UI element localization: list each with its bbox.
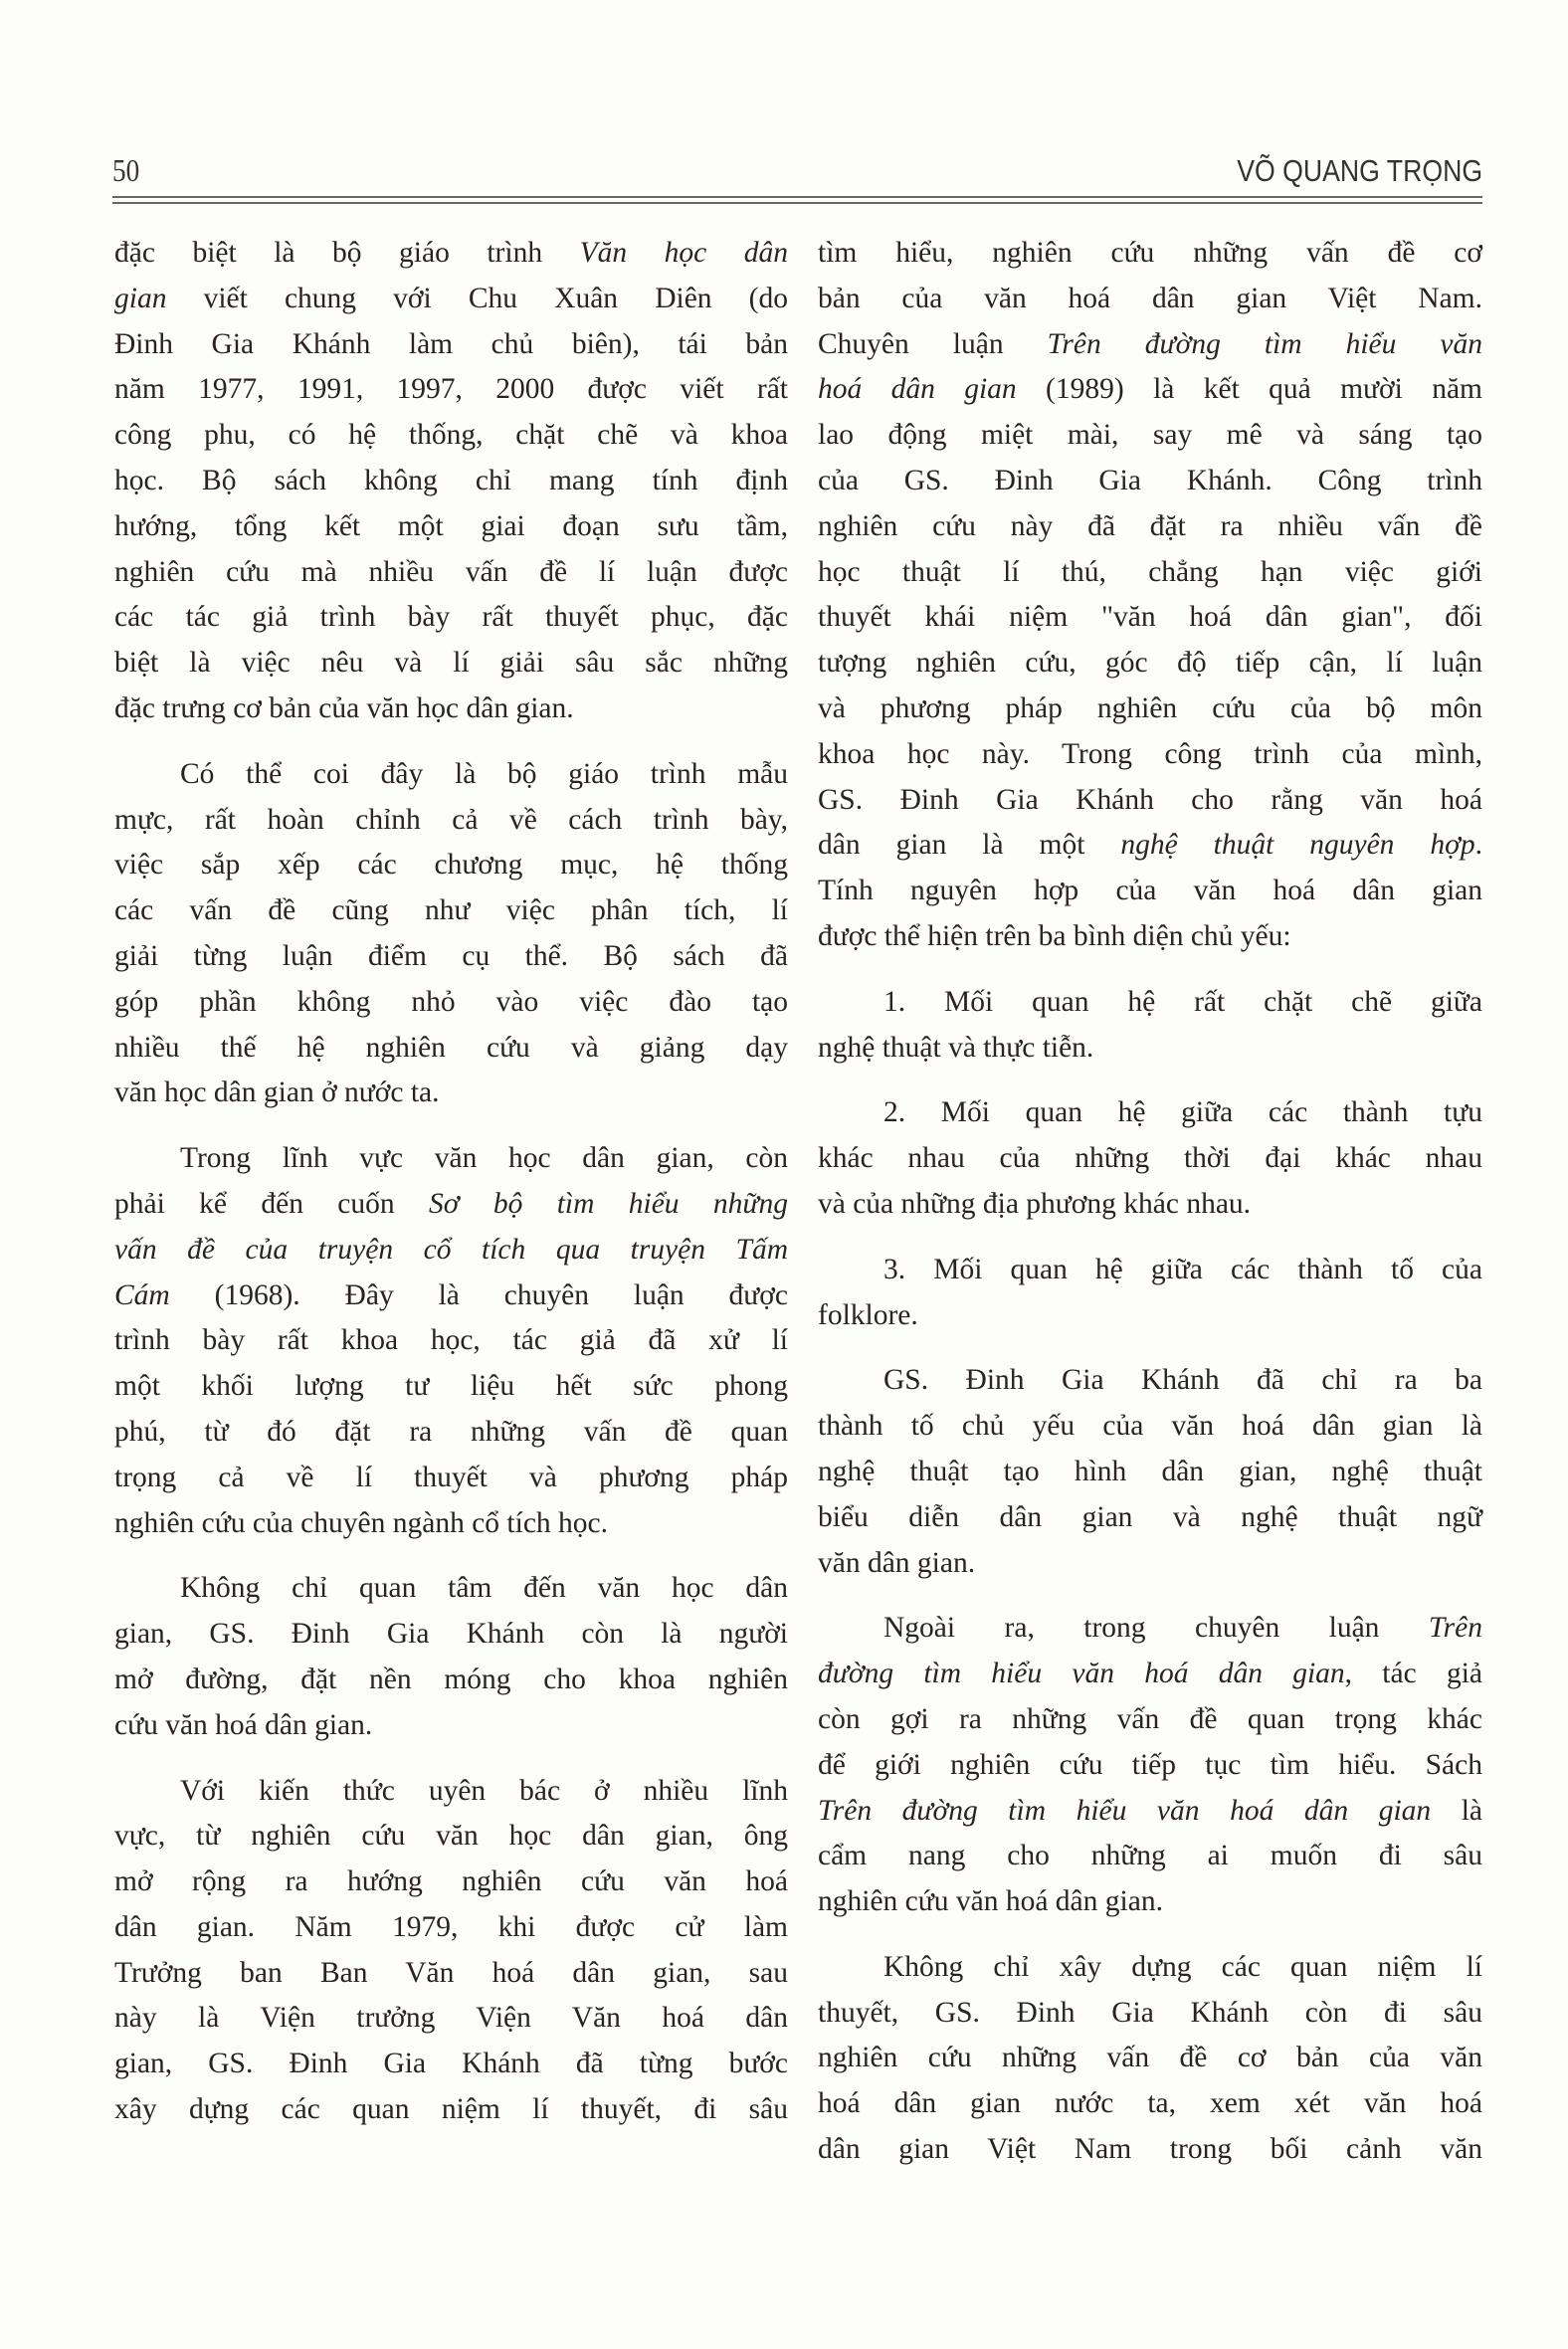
text-line: hoá dân gian nước ta, xem xét văn hoá <box>818 2081 1482 2127</box>
text-run: văn dân gian. <box>818 1547 975 1579</box>
text-line: GS. Đinh Gia Khánh đã chỉ ra ba <box>818 1358 1482 1404</box>
text-line: và phương pháp nghiên cứu của bộ môn <box>818 686 1482 732</box>
italic-title: Trên đường tìm hiểu văn <box>1048 328 1482 360</box>
text-line: để giới nghiên cứu tiếp tục tìm hiểu. Sá… <box>818 1743 1482 1789</box>
text-line: này là Viện trưởng Viện Văn hoá dân <box>114 1996 788 2042</box>
text-line: Ngoài ra, trong chuyên luận Trên <box>818 1606 1482 1652</box>
text-line: việc sắp xếp các chương mục, hệ thống <box>114 843 788 888</box>
text-run: và phương pháp nghiên cứu của bộ môn <box>818 692 1482 724</box>
text-run: tìm hiểu, nghiên cứu những vấn đề cơ <box>818 237 1482 269</box>
text-run: viết chung với Chu Xuân Diên (do <box>166 283 788 314</box>
text-run: Trong lĩnh vực văn học dân gian, còn <box>180 1142 788 1174</box>
text-line: mực, rất hoàn chỉnh cả về cách trình bày… <box>114 798 788 844</box>
text-line: dân gian. Năm 1979, khi được cử làm <box>114 1905 788 1951</box>
text-line: thuyết, GS. Đinh Gia Khánh còn đi sâu <box>818 1991 1482 2037</box>
text-run: và của những địa phương khác nhau. <box>818 1188 1251 1220</box>
text-line: dân gian là một nghệ thuật nguyên hợp. <box>818 823 1482 869</box>
text-run: công phu, có hệ thống, chặt chẽ và khoa <box>114 419 788 451</box>
text-run: mực, rất hoàn chỉnh cả về cách trình bày… <box>114 804 788 836</box>
text-run: GS. Đinh Gia Khánh cho rằng văn hoá <box>818 784 1482 816</box>
text-line: trình bày rất khoa học, tác giả đã xử lí <box>114 1318 788 1364</box>
text-run: các tác giả trình bày rất thuyết phục, đ… <box>114 601 788 633</box>
text-line: Trưởng ban Ban Văn hoá dân gian, sau <box>114 1951 788 1997</box>
text-line: dân gian Việt Nam trong bối cảnh văn <box>818 2127 1482 2173</box>
text-column-right: tìm hiểu, nghiên cứu những vấn đề cơbản … <box>818 231 1482 2193</box>
text-run: Không chỉ quan tâm đến văn học dân <box>180 1572 788 1604</box>
text-run: góp phần không nhỏ vào việc đào tạo <box>114 986 788 1018</box>
text-line: thuyết khái niệm "văn hoá dân gian", đối <box>818 595 1482 641</box>
text-line: văn học dân gian ở nước ta. <box>114 1071 788 1116</box>
text-run: folklore. <box>818 1299 918 1331</box>
text-line: biểu diễn dân gian và nghệ thuật ngữ <box>818 1495 1482 1541</box>
text-line: lao động miệt mài, say mê và sáng tạo <box>818 413 1482 459</box>
text-line: và của những địa phương khác nhau. <box>818 1182 1482 1228</box>
text-run: phải kể đến cuốn <box>114 1188 429 1220</box>
paragraph: Có thể coi đây là bộ giáo trình mẫumực, … <box>114 752 788 1116</box>
text-line: gian, GS. Đinh Gia Khánh còn là người <box>114 1612 788 1658</box>
text-run: của GS. Đinh Gia Khánh. Công trình <box>818 465 1482 496</box>
italic-title: nghệ thuật nguyên hợp <box>1120 829 1474 861</box>
paragraph: Không chỉ quan tâm đến văn học dângian, … <box>114 1566 788 1748</box>
text-line: nghiên cứu văn hoá dân gian. <box>818 1879 1482 1925</box>
text-run: trình bày rất khoa học, tác giả đã xử lí <box>114 1324 788 1356</box>
text-run: vực, từ nghiên cứu văn học dân gian, ông <box>114 1820 788 1852</box>
text-run: , tác giả <box>1345 1658 1482 1689</box>
text-run: năm 1977, 1991, 1997, 2000 được viết rất <box>114 373 788 405</box>
text-run: phú, từ đó đặt ra những vấn đề quan <box>114 1416 788 1448</box>
page-number: 50 <box>112 152 139 189</box>
italic-title: Cám <box>114 1279 170 1311</box>
text-line: 3. Mối quan hệ giữa các thành tố của <box>818 1248 1482 1293</box>
text-line: mở đường, đặt nền móng cho khoa nghiên <box>114 1658 788 1703</box>
text-line: Tính nguyên hợp của văn hoá dân gian <box>818 869 1482 914</box>
text-run: thuyết, GS. Đinh Gia Khánh còn đi sâu <box>818 1997 1482 2029</box>
text-line: nghiên cứu mà nhiều vấn đề lí luận được <box>114 550 788 596</box>
text-run: GS. Đinh Gia Khánh đã chỉ ra ba <box>883 1364 1482 1396</box>
text-run: nghiên cứu những vấn đề cơ bản của văn <box>818 2042 1482 2073</box>
italic-title: vấn đề của truyện cổ tích qua truyện Tấm <box>114 1234 788 1266</box>
text-run: Đinh Gia Khánh làm chủ biên), tái bản <box>114 328 788 360</box>
paragraph: Không chỉ xây dựng các quan niệm líthuyế… <box>818 1945 1482 2173</box>
text-run: Tính nguyên hợp của văn hoá dân gian <box>818 875 1482 906</box>
text-line: các vấn đề cũng như việc phân tích, lí <box>114 888 788 934</box>
text-run: các vấn đề cũng như việc phân tích, lí <box>114 894 788 926</box>
text-line: Đinh Gia Khánh làm chủ biên), tái bản <box>114 322 788 368</box>
text-run: này là Viện trưởng Viện Văn hoá dân <box>114 2002 788 2034</box>
text-line: nghệ thuật và thực tiễn. <box>818 1026 1482 1072</box>
text-run: nhiều thế hệ nghiên cứu và giảng dạy <box>114 1032 788 1064</box>
text-run: mở rộng ra hướng nghiên cứu văn hoá <box>114 1865 788 1897</box>
page-header: 50 VÕ QUANG TRỌNG <box>112 149 1482 189</box>
text-run: 2. Mối quan hệ giữa các thành tựu <box>883 1096 1482 1128</box>
text-line: công phu, có hệ thống, chặt chẽ và khoa <box>114 413 788 459</box>
text-line: văn dân gian. <box>818 1541 1482 1587</box>
text-line: Không chỉ quan tâm đến văn học dân <box>114 1566 788 1612</box>
text-run: biệt là việc nêu và lí giải sâu sắc nhữn… <box>114 647 788 679</box>
text-line: GS. Đinh Gia Khánh cho rằng văn hoá <box>818 778 1482 824</box>
text-line: phú, từ đó đặt ra những vấn đề quan <box>114 1410 788 1456</box>
text-run: biểu diễn dân gian và nghệ thuật ngữ <box>818 1501 1482 1533</box>
text-run: dân gian. Năm 1979, khi được cử làm <box>114 1911 788 1943</box>
paragraph: tìm hiểu, nghiên cứu những vấn đề cơbản … <box>818 231 1482 960</box>
text-line: đường tìm hiểu văn hoá dân gian, tác giả <box>818 1652 1482 1697</box>
text-run: 1. Mối quan hệ rất chặt chẽ giữa <box>883 986 1482 1018</box>
text-run: Không chỉ xây dựng các quan niệm lí <box>883 1951 1482 1983</box>
text-run: hoá dân gian nước ta, xem xét văn hoá <box>818 2087 1482 2119</box>
text-line: Có thể coi đây là bộ giáo trình mẫu <box>114 752 788 798</box>
text-run: nghiên cứu này đã đặt ra nhiều vấn đề <box>818 510 1482 542</box>
text-line: 2. Mối quan hệ giữa các thành tựu <box>818 1090 1482 1136</box>
text-line: nghệ thuật tạo hình dân gian, nghệ thuật <box>818 1450 1482 1495</box>
text-run: (1968). Đây là chuyên luận được <box>170 1279 788 1311</box>
text-line: bản của văn hoá dân gian Việt Nam. <box>818 277 1482 322</box>
text-run: khác nhau của những thời đại khác nhau <box>818 1142 1482 1174</box>
text-line: xây dựng các quan niệm lí thuyết, đi sâu <box>114 2087 788 2133</box>
paragraph: Ngoài ra, trong chuyên luận Trênđường tì… <box>818 1606 1482 1925</box>
text-run: lao động miệt mài, say mê và sáng tạo <box>818 419 1482 451</box>
text-line: Với kiến thức uyên bác ở nhiều lĩnh <box>114 1769 788 1815</box>
text-line: mở rộng ra hướng nghiên cứu văn hoá <box>114 1860 788 1905</box>
text-run: Chuyên luận <box>818 328 1048 360</box>
text-run: trọng cả về lí thuyết và phương pháp <box>114 1462 788 1493</box>
text-line: nghiên cứu những vấn đề cơ bản của văn <box>818 2036 1482 2081</box>
text-run: Trưởng ban Ban Văn hoá dân gian, sau <box>114 1957 788 1989</box>
text-run: cứu văn hoá dân gian. <box>114 1709 372 1741</box>
paragraph: 1. Mối quan hệ rất chặt chẽ giữanghệ thu… <box>818 980 1482 1072</box>
text-run: việc sắp xếp các chương mục, hệ thống <box>114 849 788 881</box>
text-line: khác nhau của những thời đại khác nhau <box>818 1136 1482 1182</box>
text-line: các tác giả trình bày rất thuyết phục, đ… <box>114 595 788 641</box>
text-run: tượng nghiên cứu, góc độ tiếp cận, lí lu… <box>818 647 1482 679</box>
text-line: cẩm nang cho những ai muốn đi sâu <box>818 1834 1482 1879</box>
text-run: xây dựng các quan niệm lí thuyết, đi sâu <box>114 2093 788 2125</box>
paragraph: GS. Đinh Gia Khánh đã chỉ ra bathành tố … <box>818 1358 1482 1586</box>
text-run: đặc biệt là bộ giáo trình <box>114 237 580 269</box>
text-run: . <box>1475 829 1482 861</box>
text-line: Không chỉ xây dựng các quan niệm lí <box>818 1945 1482 1991</box>
text-line: đặc biệt là bộ giáo trình Văn học dân <box>114 231 788 277</box>
italic-title: đường tìm hiểu văn hoá dân gian <box>818 1658 1345 1689</box>
italic-title: Trên đường tìm hiểu văn hoá dân gian <box>818 1795 1431 1827</box>
text-run: 3. Mối quan hệ giữa các thành tố của <box>883 1254 1482 1285</box>
text-line: 1. Mối quan hệ rất chặt chẽ giữa <box>818 980 1482 1026</box>
text-run: nghiên cứu của chuyên ngành cổ tích học. <box>114 1507 608 1539</box>
header-rule-bottom <box>112 202 1482 204</box>
text-run: nghệ thuật tạo hình dân gian, nghệ thuật <box>818 1456 1482 1487</box>
text-line: trọng cả về lí thuyết và phương pháp <box>114 1456 788 1501</box>
text-run: cẩm nang cho những ai muốn đi sâu <box>818 1840 1482 1871</box>
text-line: Trong lĩnh vực văn học dân gian, còn <box>114 1136 788 1182</box>
text-run: nghiên cứu mà nhiều vấn đề lí luận được <box>114 556 788 588</box>
italic-title: gian <box>114 283 166 314</box>
text-line: góp phần không nhỏ vào việc đào tạo <box>114 980 788 1026</box>
text-line: biệt là việc nêu và lí giải sâu sắc nhữn… <box>114 641 788 686</box>
text-line: folklore. <box>818 1293 1482 1339</box>
text-run: thành tố chủ yếu của văn hoá dân gian là <box>818 1410 1482 1442</box>
text-line: nghiên cứu này đã đặt ra nhiều vấn đề <box>818 504 1482 550</box>
text-column-left: đặc biệt là bộ giáo trình Văn học dângia… <box>114 231 788 2153</box>
header-rule-top <box>112 196 1482 198</box>
text-run: học. Bộ sách không chỉ mang tính định <box>114 465 788 496</box>
text-line: hướng, tổng kết một giai đoạn sưu tầm, <box>114 504 788 550</box>
text-line: Cám (1968). Đây là chuyên luận được <box>114 1273 788 1319</box>
text-run: được thể hiện trên ba bình diện chủ yếu: <box>818 920 1291 952</box>
text-line: Chuyên luận Trên đường tìm hiểu văn <box>818 322 1482 368</box>
text-run: Với kiến thức uyên bác ở nhiều lĩnh <box>180 1775 788 1807</box>
paragraph: đặc biệt là bộ giáo trình Văn học dângia… <box>114 231 788 732</box>
text-line: gian viết chung với Chu Xuân Diên (do <box>114 277 788 322</box>
italic-title: hoá dân gian <box>818 373 1017 405</box>
text-line: khoa học này. Trong công trình của mình, <box>818 732 1482 778</box>
text-line: tượng nghiên cứu, góc độ tiếp cận, lí lu… <box>818 641 1482 686</box>
text-line: nghiên cứu của chuyên ngành cổ tích học. <box>114 1501 788 1547</box>
text-run: gian, GS. Đinh Gia Khánh còn là người <box>114 1618 788 1650</box>
text-run: mở đường, đặt nền móng cho khoa nghiên <box>114 1664 788 1695</box>
text-run: nghệ thuật và thực tiễn. <box>818 1032 1093 1064</box>
text-run: thuyết khái niệm "văn hoá dân gian", đối <box>818 601 1482 633</box>
text-line: vực, từ nghiên cứu văn học dân gian, ông <box>114 1814 788 1860</box>
text-line: đặc trưng cơ bản của văn học dân gian. <box>114 686 788 732</box>
text-run: Ngoài ra, trong chuyên luận <box>883 1612 1429 1644</box>
text-run: đặc trưng cơ bản của văn học dân gian. <box>114 692 574 724</box>
text-line: được thể hiện trên ba bình diện chủ yếu: <box>818 914 1482 960</box>
text-line: cứu văn hoá dân gian. <box>114 1703 788 1749</box>
text-line: vấn đề của truyện cổ tích qua truyện Tấm <box>114 1228 788 1273</box>
text-run: để giới nghiên cứu tiếp tục tìm hiểu. Sá… <box>818 1749 1482 1781</box>
running-head-author: VÕ QUANG TRỌNG <box>1237 153 1482 189</box>
text-line: phải kể đến cuốn Sơ bộ tìm hiểu những <box>114 1182 788 1228</box>
text-line: thành tố chủ yếu của văn hoá dân gian là <box>818 1404 1482 1450</box>
text-line: còn gợi ra những vấn đề quan trọng khác <box>818 1697 1482 1743</box>
text-line: Trên đường tìm hiểu văn hoá dân gian là <box>818 1789 1482 1835</box>
text-line: nhiều thế hệ nghiên cứu và giảng dạy <box>114 1026 788 1072</box>
paragraph: 3. Mối quan hệ giữa các thành tố củafolk… <box>818 1248 1482 1339</box>
text-line: hoá dân gian (1989) là kết quả mười năm <box>818 367 1482 413</box>
text-run: văn học dân gian ở nước ta. <box>114 1077 440 1108</box>
text-line: học thuật lí thú, chẳng hạn việc giới <box>818 550 1482 596</box>
text-line: của GS. Đinh Gia Khánh. Công trình <box>818 459 1482 504</box>
text-run: Có thể coi đây là bộ giáo trình mẫu <box>180 758 788 790</box>
italic-title: Trên <box>1429 1612 1482 1644</box>
text-run: gian, GS. Đinh Gia Khánh đã từng bước <box>114 2048 788 2079</box>
text-run: một khối lượng tư liệu hết sức phong <box>114 1370 788 1402</box>
text-run: còn gợi ra những vấn đề quan trọng khác <box>818 1703 1482 1735</box>
italic-title: Văn học dân <box>580 237 788 269</box>
text-run: bản của văn hoá dân gian Việt Nam. <box>818 283 1482 314</box>
text-run: là <box>1431 1795 1482 1827</box>
text-line: năm 1977, 1991, 1997, 2000 được viết rất <box>114 367 788 413</box>
text-run: giải từng luận điểm cụ thể. Bộ sách đã <box>114 940 788 972</box>
text-run: nghiên cứu văn hoá dân gian. <box>818 1885 1163 1917</box>
paragraph: Với kiến thức uyên bác ở nhiều lĩnhvực, … <box>114 1769 788 2133</box>
text-run: dân gian là một <box>818 829 1120 861</box>
text-run: hướng, tổng kết một giai đoạn sưu tầm, <box>114 510 788 542</box>
text-line: một khối lượng tư liệu hết sức phong <box>114 1364 788 1410</box>
text-run: dân gian Việt Nam trong bối cảnh văn <box>818 2133 1482 2165</box>
text-line: gian, GS. Đinh Gia Khánh đã từng bước <box>114 2042 788 2087</box>
text-line: học. Bộ sách không chỉ mang tính định <box>114 459 788 504</box>
text-run: khoa học này. Trong công trình của mình, <box>818 738 1482 770</box>
text-run: học thuật lí thú, chẳng hạn việc giới <box>818 556 1482 588</box>
italic-title: Sơ bộ tìm hiểu những <box>429 1188 788 1220</box>
text-line: giải từng luận điểm cụ thể. Bộ sách đã <box>114 934 788 980</box>
paragraph: Trong lĩnh vực văn học dân gian, cònphải… <box>114 1136 788 1546</box>
text-run: (1989) là kết quả mười năm <box>1017 373 1482 405</box>
text-line: tìm hiểu, nghiên cứu những vấn đề cơ <box>818 231 1482 277</box>
paragraph: 2. Mối quan hệ giữa các thành tựukhác nh… <box>818 1090 1482 1227</box>
